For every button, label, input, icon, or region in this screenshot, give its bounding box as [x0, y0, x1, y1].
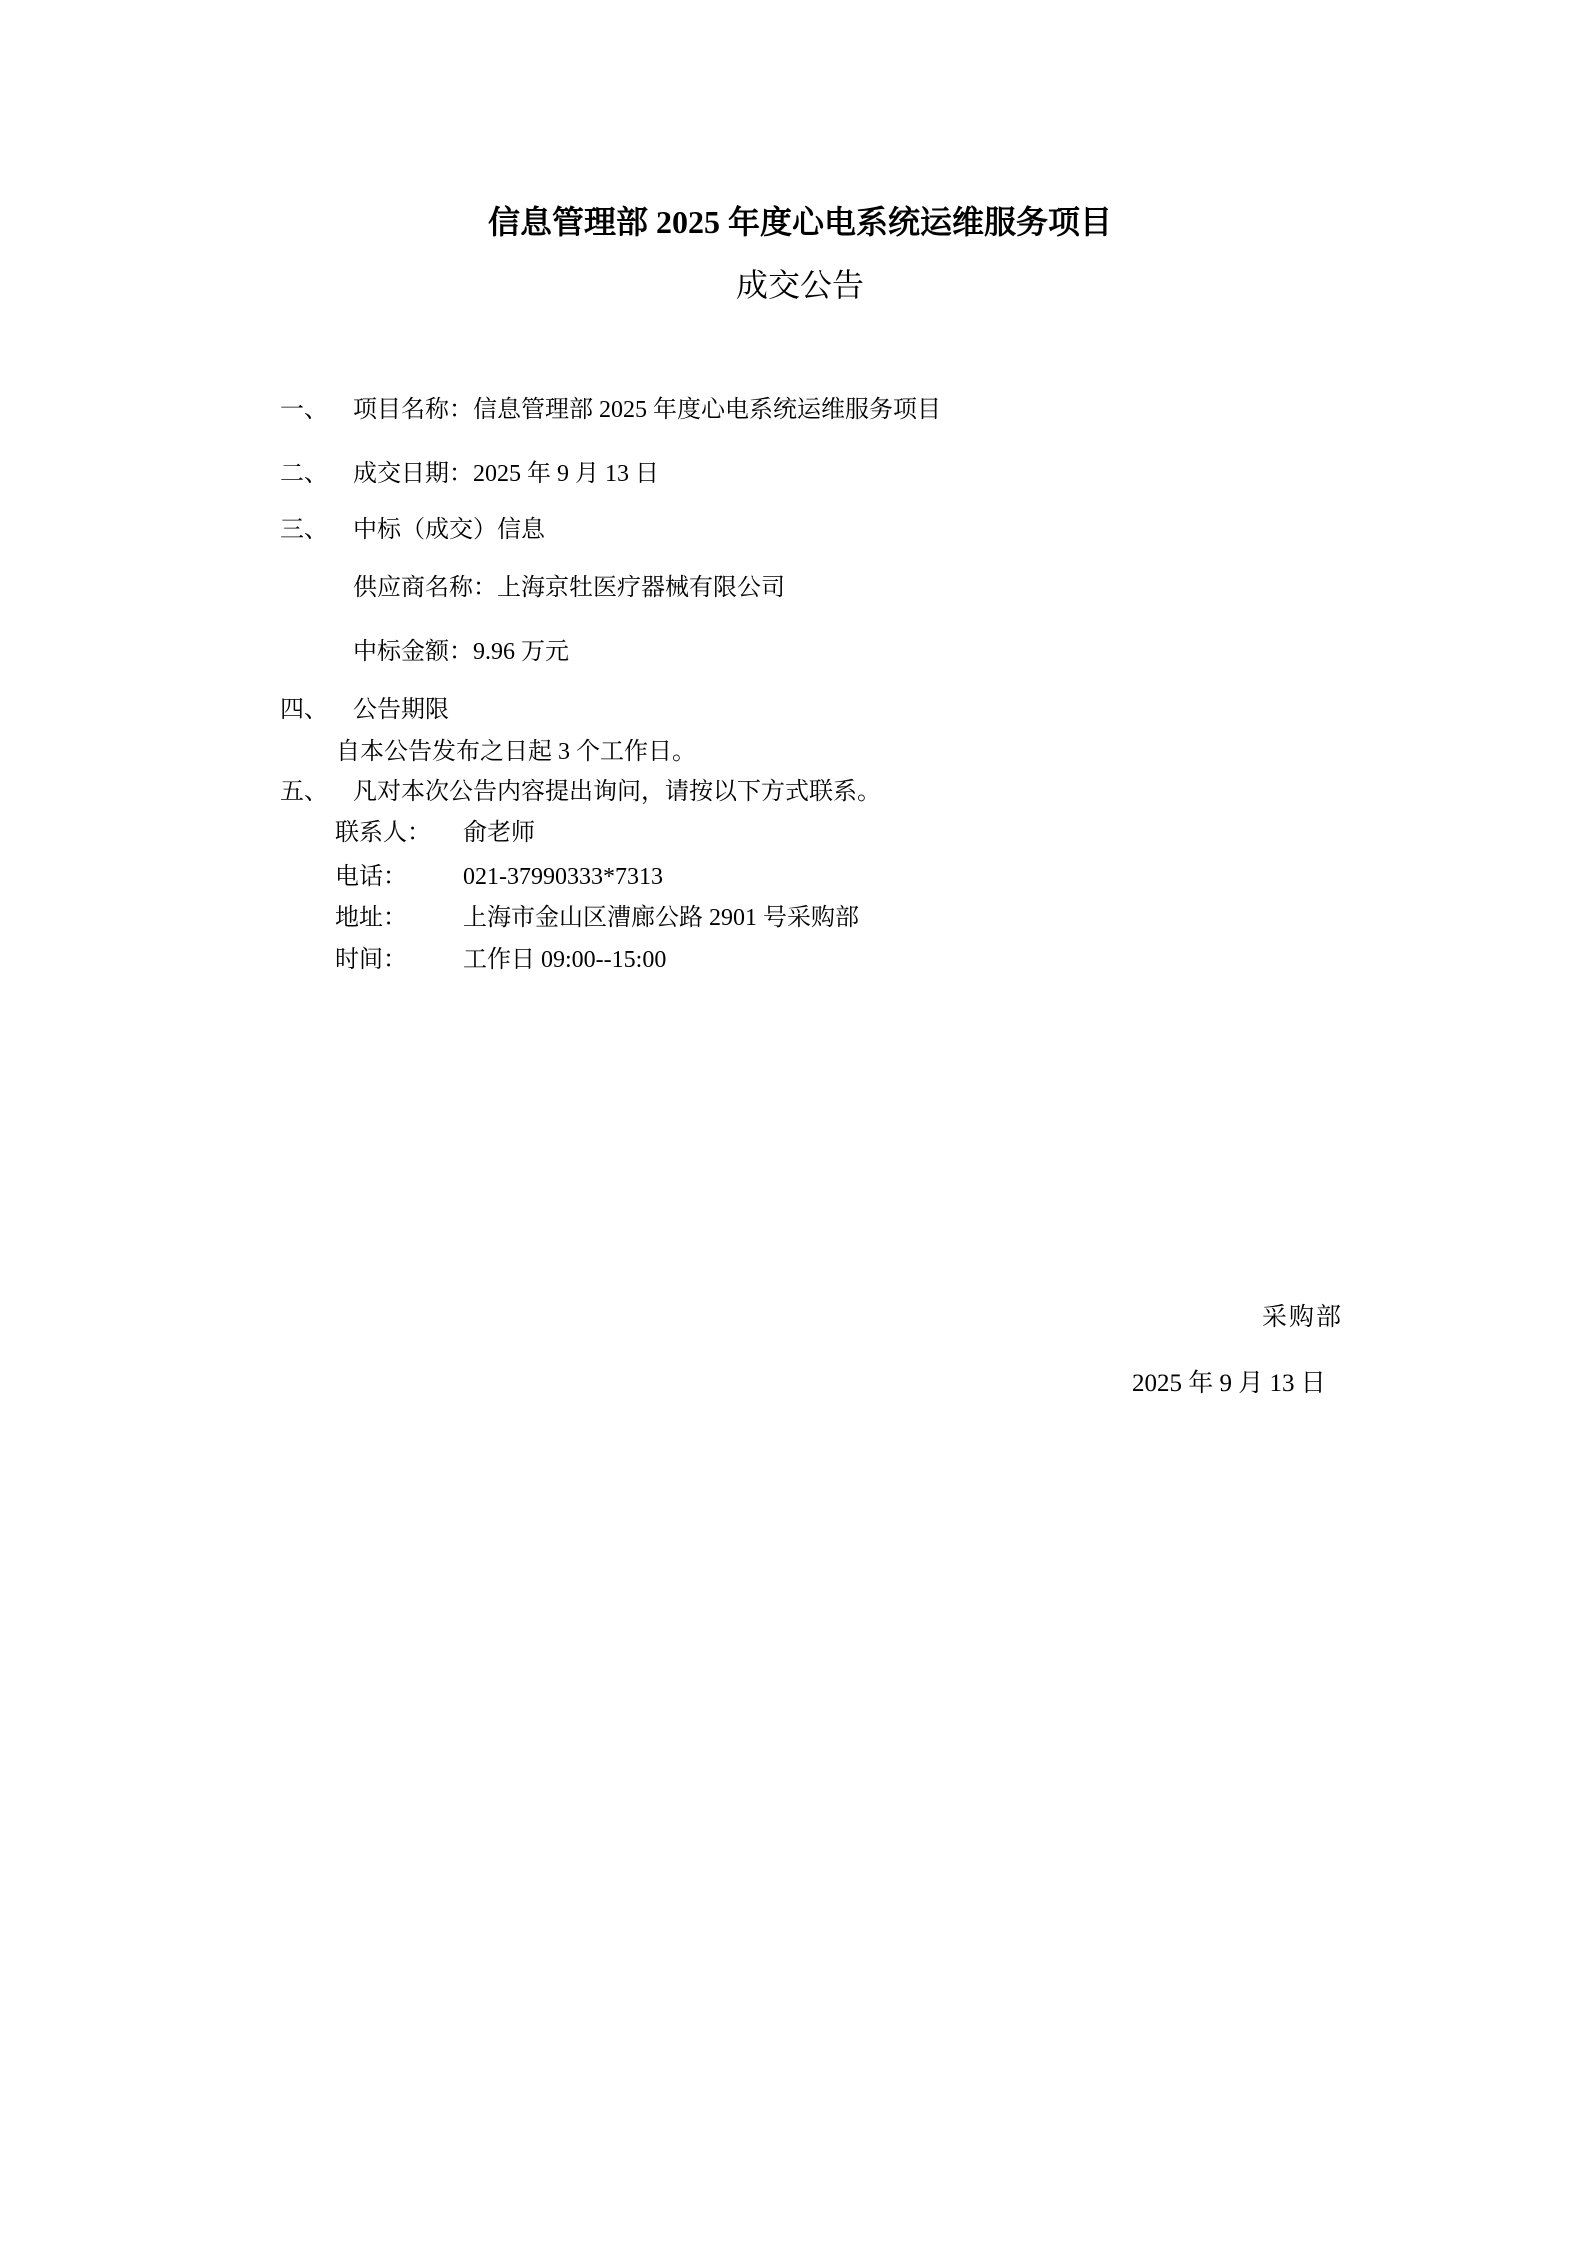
- signature-department: 采购部: [1262, 1305, 1343, 1330]
- contact-label: 电话：: [335, 865, 463, 889]
- document-title: 信息管理部 2025 年度心电系统运维服务项目: [240, 206, 1360, 238]
- section-number: 一、: [280, 398, 353, 422]
- section-number: 四、: [280, 698, 353, 722]
- contact-address-row: 地址：上海市金山区漕廊公路 2901 号采购部: [335, 906, 859, 930]
- section-award-info: 三、中标（成交）信息: [280, 518, 545, 542]
- section-text: 公告期限: [353, 697, 449, 723]
- award-amount-line: 中标金额：9.96 万元: [353, 640, 569, 664]
- supplier-name-line: 供应商名称：上海京牡医疗器械有限公司: [353, 576, 785, 600]
- section-notice-period: 四、公告期限: [280, 698, 449, 722]
- section-number: 二、: [280, 462, 353, 486]
- section-text: 凡对本次公告内容提出询问，请按以下方式联系。: [353, 779, 881, 805]
- document-page: 信息管理部 2025 年度心电系统运维服务项目 成交公告 一、项目名称：信息管理…: [0, 0, 1587, 2245]
- contact-value: 俞老师: [463, 820, 535, 846]
- section-inquiry: 五、凡对本次公告内容提出询问，请按以下方式联系。: [280, 780, 881, 804]
- section-project-name: 一、项目名称：信息管理部 2025 年度心电系统运维服务项目: [280, 398, 941, 422]
- contact-label: 联系人：: [335, 821, 463, 845]
- contact-value: 工作日 09:00--15:00: [463, 947, 666, 973]
- section-number: 三、: [280, 518, 353, 542]
- contact-value: 上海市金山区漕廊公路 2901 号采购部: [463, 905, 859, 931]
- section-number: 五、: [280, 780, 353, 804]
- signature-date: 2025 年 9 月 13 日: [1132, 1371, 1326, 1396]
- contact-person-row: 联系人：俞老师: [335, 821, 535, 845]
- contact-label: 地址：: [335, 906, 463, 930]
- document-subtitle: 成交公告: [240, 269, 1360, 301]
- notice-period-line: 自本公告发布之日起 3 个工作日。: [336, 740, 696, 764]
- contact-phone-row: 电话：021-37990333*7313: [335, 865, 663, 889]
- section-text: 中标（成交）信息: [353, 517, 545, 543]
- contact-label: 时间：: [335, 948, 463, 972]
- contact-value: 021-37990333*7313: [463, 864, 663, 890]
- section-award-date: 二、成交日期：2025 年 9 月 13 日: [280, 462, 659, 486]
- section-text: 项目名称：信息管理部 2025 年度心电系统运维服务项目: [353, 397, 941, 423]
- contact-hours-row: 时间：工作日 09:00--15:00: [335, 948, 666, 972]
- section-text: 成交日期：2025 年 9 月 13 日: [353, 461, 659, 487]
